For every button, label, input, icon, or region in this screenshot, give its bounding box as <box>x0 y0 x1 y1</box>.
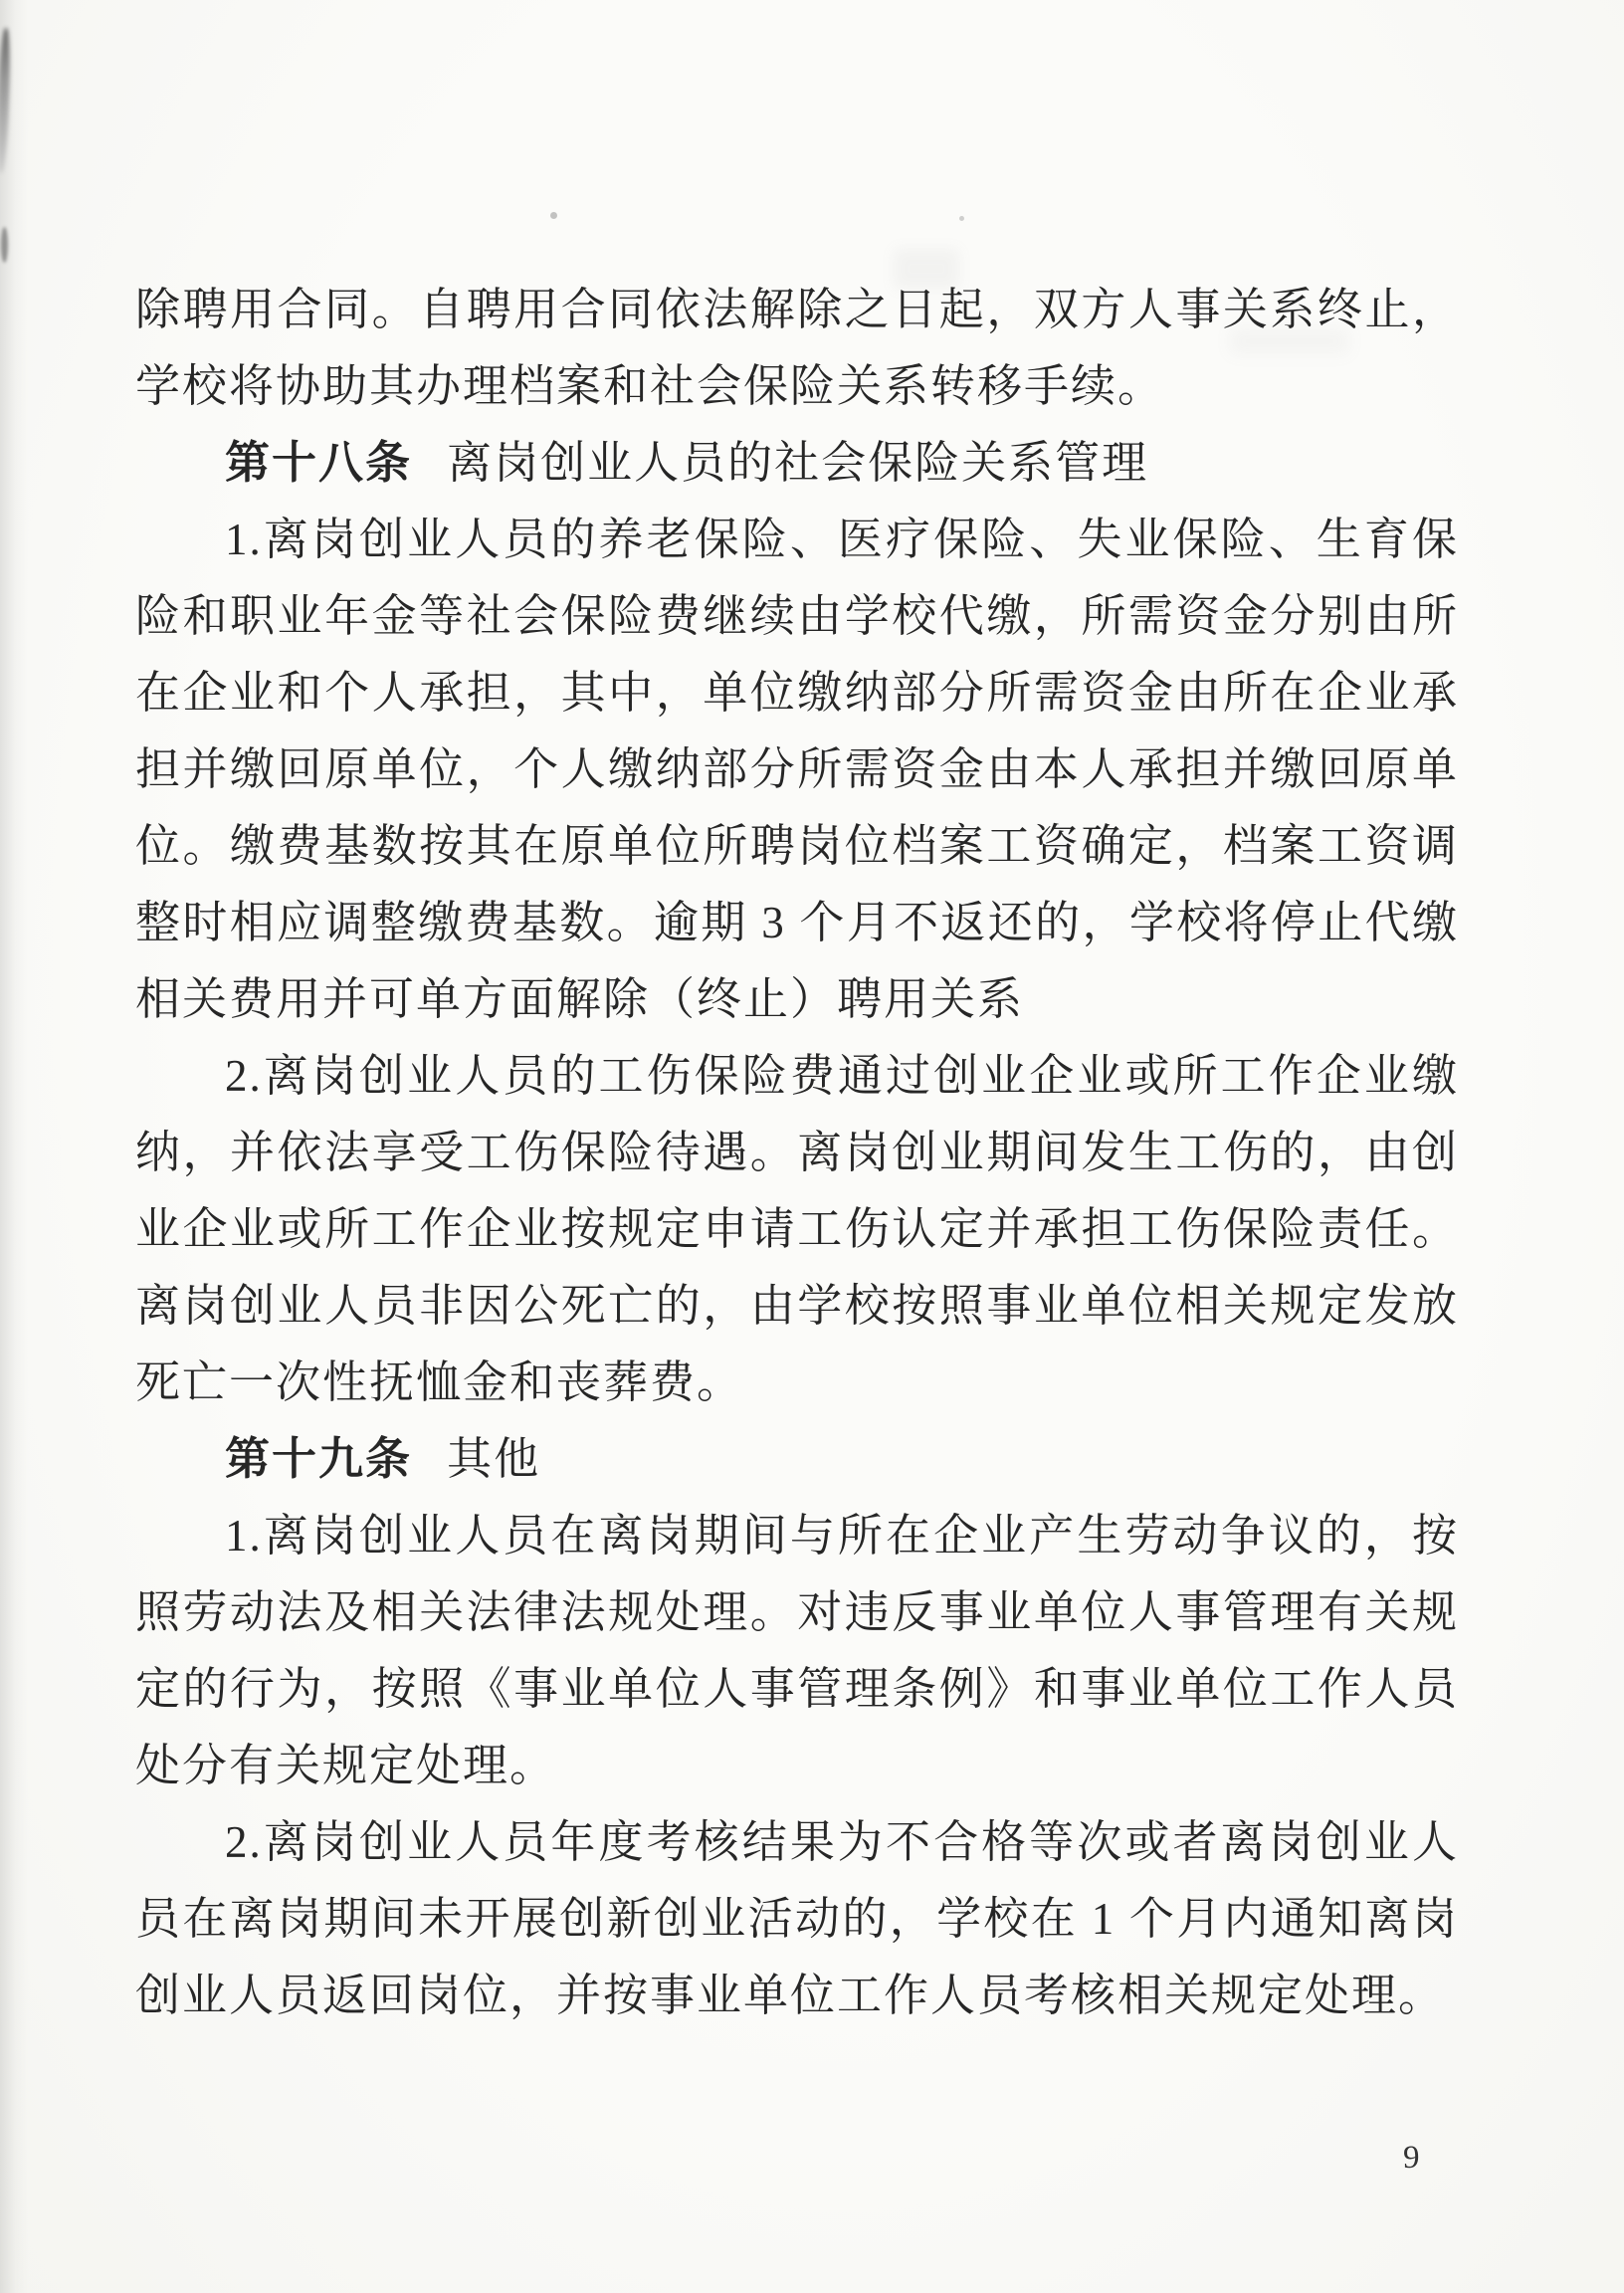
article-number: 第十九条 <box>225 1434 412 1484</box>
article-title: 其他 <box>447 1434 540 1484</box>
scan-artifact-smudge <box>1 227 8 263</box>
scan-artifact-smudge <box>0 28 12 173</box>
article-heading: 第十八条离岗创业人员的社会保险关系管理 <box>135 425 1459 502</box>
document-page: 除聘用合同。自聘用合同依法解除之日起，双方人事关系终止，学校将协助其办理档案和社… <box>0 0 1624 2293</box>
scan-left-edge-shadow <box>0 0 28 2293</box>
scan-artifact-speck <box>550 212 557 219</box>
article-number: 第十八条 <box>225 438 412 488</box>
paragraph: 2.离岗创业人员年度考核结果为不合格等次或者离岗创业人员在离岗期间未开展创新创业… <box>135 1804 1459 2034</box>
article-title: 离岗创业人员的社会保险关系管理 <box>447 438 1148 488</box>
page-number: 9 <box>1403 2140 1420 2177</box>
article-heading: 第十九条其他 <box>135 1421 1459 1498</box>
paragraph: 除聘用合同。自聘用合同依法解除之日起，双方人事关系终止，学校将协助其办理档案和社… <box>135 272 1459 425</box>
paragraph: 1.离岗创业人员的养老保险、医疗保险、失业保险、生育保险和职业年金等社会保险费继… <box>135 502 1459 1038</box>
document-body: 除聘用合同。自聘用合同依法解除之日起，双方人事关系终止，学校将协助其办理档案和社… <box>135 272 1459 2034</box>
scan-artifact-speck <box>959 216 964 221</box>
paragraph: 1.离岗创业人员在离岗期间与所在企业产生劳动争议的，按照劳动法及相关法律法规处理… <box>135 1498 1459 1804</box>
paragraph: 2.离岗创业人员的工伤保险费通过创业企业或所工作企业缴纳，并依法享受工伤保险待遇… <box>135 1038 1459 1421</box>
